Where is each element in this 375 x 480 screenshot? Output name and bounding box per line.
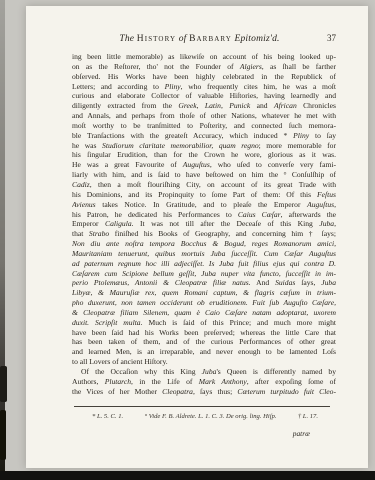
catchword: patræ: [72, 429, 310, 438]
page-number: 37: [327, 33, 336, 43]
text-line: ad paternum regnum hoc illi adjeciſſet. …: [72, 259, 336, 269]
text-run: finiſhed his Books of Geography, and con…: [109, 229, 336, 238]
text-run: ; more memorable for: [259, 141, 336, 150]
paragraph: ing been little memorable) as likewiſe o…: [72, 52, 336, 367]
text-line: He was a great Favourite of Auguſtus, wh…: [72, 160, 336, 170]
text-run: his ſingular Erudition, than for the Cro…: [72, 150, 336, 159]
book-page: The History of Barbary Epitomiz'd. 37 in…: [26, 6, 368, 468]
text-line: diligently extracted from the Greek, Lat…: [72, 101, 336, 111]
text-line: Libyæ, & Mauruſiæ rex, quem Romani captu…: [72, 288, 336, 298]
text-run: , who frequently cites him, he was a moſ…: [181, 82, 336, 91]
text-run: his Dominions, and its Propinquity to ſo…: [72, 190, 317, 199]
text-run: perio Ptolemæus, Antonii & Cleopatræ fil…: [72, 278, 251, 287]
text-run: and: [250, 101, 274, 110]
text-line: Authors, Plutarch, in the Life of Mark A…: [72, 377, 336, 387]
text-line: ble Tranſactions with the greateſt Accur…: [72, 131, 336, 141]
text-run: Juba: [202, 367, 217, 376]
text-run: the Vices of her Mother: [72, 387, 162, 396]
text-run: ble Tranſactions with the greateſt Accur…: [72, 131, 293, 140]
text-run: has been taken of them, and of the curio…: [72, 337, 336, 346]
text-run: Strabo: [89, 229, 109, 238]
text-run: Pliny: [293, 131, 309, 140]
text-run: Caius Cæſar: [238, 210, 281, 219]
text-run: Cadiz: [72, 180, 90, 189]
footnote-rule: [74, 406, 330, 407]
text-run: liarly with him, and is ſaid to have beſ…: [72, 170, 336, 179]
text-run: Suidas: [275, 278, 295, 287]
text-line: Non diu ante noſtra tempora Bocchus & Bo…: [72, 239, 336, 249]
text-run: Studiorum claritate memorabilior, quam r…: [102, 141, 259, 150]
text-run: Chronicles: [297, 101, 336, 110]
text-line: & Cleopatræ filiam Silenem, quam è Caio …: [72, 308, 336, 318]
text-run: The: [119, 34, 136, 44]
text-line: pho duxerunt, non tamen occiderunt ob er…: [72, 298, 336, 308]
text-run: Of the Occaſion why this King: [81, 367, 202, 376]
text-run: ing been little memorable) as likewiſe o…: [72, 52, 336, 61]
text-run: Much is ſaid of this Prince; and much mo…: [143, 318, 336, 327]
text-run: , as ſhall be farther: [262, 62, 336, 71]
text-run: duxit. Scripſit multa.: [72, 318, 143, 327]
text-line: perio Ptolemæus, Antonii & Cleopatræ fil…: [72, 278, 336, 288]
text-line: Cadiz, then a moſt flouriſhing City, on …: [72, 180, 336, 190]
text-run: Letters; and according to: [72, 82, 165, 91]
text-run: African: [274, 101, 297, 110]
text-run: And: [251, 278, 275, 287]
text-run: to all Lovers of ancient Hiſtory.: [72, 357, 168, 366]
scan-artifact: [0, 410, 6, 460]
text-run: and learned Men, is an irreparable, and …: [72, 347, 336, 356]
text-run: Cæterum turpitudo fuit Cleo-: [237, 387, 336, 396]
text-run: Avienus: [72, 200, 96, 209]
text-run: Cæſarem cum Scipione bellum geſſit, Juba…: [72, 269, 336, 278]
text-run: , after expoſing ſome of: [247, 377, 336, 386]
text-run: Emperor: [72, 219, 105, 228]
footnote-item: ° Vide F. B. Aldrete. L. 1. C. 3. De ori…: [144, 413, 276, 420]
text-run: diligently extracted from the: [72, 101, 178, 110]
text-line: Mauritaniam tenuerunt, quibus mortuis Ju…: [72, 249, 336, 259]
footnotes: * L. 5. C. 1.° Vide F. B. Aldrete. L. 1.…: [92, 413, 318, 420]
text-run: obſerved. His Works have been highly cel…: [72, 72, 336, 81]
text-line: on as the Reſtorer, tho' not the Founder…: [72, 62, 336, 72]
text-run: Pliny: [165, 82, 181, 91]
text-run: ſays,: [295, 278, 321, 287]
text-run: moſt worthy to be tranſmitted to Poſteri…: [72, 121, 336, 130]
text-run: Auguſtus: [183, 160, 210, 169]
scan-artifact: [0, 366, 7, 402]
text-line: Cæſarem cum Scipione bellum geſſit, Juba…: [72, 269, 336, 279]
text-run: of: [176, 34, 189, 44]
text-line: has been taken of them, and of the curio…: [72, 337, 336, 347]
text-line: his ſingular Erudition, than for the Cro…: [72, 150, 336, 160]
footnote-item: * L. 5. C. 1.: [92, 413, 123, 420]
text-line: the Vices of her Mother Cleopatra, ſays …: [72, 387, 336, 397]
text-run: . It was not till after the Deceaſe of t…: [132, 219, 320, 228]
text-line: to all Lovers of ancient Hiſtory.: [72, 357, 336, 367]
text-run: History: [137, 34, 176, 44]
header-title: The History of Barbary Epitomiz'd.: [72, 34, 327, 44]
scanned-page-background: The History of Barbary Epitomiz'd. 37 in…: [0, 0, 375, 480]
text-line: curious and elaborate Collector of valua…: [72, 91, 336, 101]
footnote-item: † L. 17.: [298, 413, 318, 420]
text-run: have been ſaid had his Works been preſer…: [72, 328, 336, 337]
text-run: 's Queen is differently named by: [216, 367, 336, 376]
text-run: , afterwards the: [281, 210, 336, 219]
text-run: on as the Reſtorer, tho' not the Founder…: [72, 62, 240, 71]
text-line: Letters; and according to Pliny, who fre…: [72, 82, 336, 92]
text-line: he was Studiorum claritate memorabilior,…: [72, 141, 336, 151]
paragraph: Of the Occaſion why this King Juba's Que…: [72, 367, 336, 397]
text-run: ad paternum regnum hoc illi adjeciſſet. …: [72, 259, 336, 268]
text-run: Cleopatra: [162, 387, 193, 396]
text-run: his Patron, he dedicated his Performance…: [72, 210, 238, 219]
binding-edge-shadow: [0, 0, 5, 480]
text-run: Caligula: [105, 219, 132, 228]
text-run: , who uſed to converſe very fami-: [210, 160, 336, 169]
text-run: takes Notice. In Gratitude, and to pleaſ…: [96, 200, 307, 209]
text-run: Libyæ, & Mauruſiæ rex, quem Romani captu…: [72, 288, 336, 297]
text-run: he was: [72, 141, 102, 150]
text-run: Greek: [178, 101, 196, 110]
text-line: and Annals, and perhaps from thoſe of ot…: [72, 111, 336, 121]
text-line: duxit. Scripſit multa. Much is ſaid of t…: [72, 318, 336, 328]
text-run: Barbary: [189, 34, 232, 44]
text-run: He was a great Favourite of: [72, 160, 183, 169]
text-run: that: [72, 229, 89, 238]
text-line: obſerved. His Works have been highly cel…: [72, 72, 336, 82]
text-run: , then a moſt flouriſhing City, on accou…: [90, 180, 336, 189]
text-run: ,: [197, 101, 205, 110]
text-line: liarly with him, and is ſaid to have beſ…: [72, 170, 336, 180]
text-line: Emperor Caligula. It was not till after …: [72, 219, 336, 229]
body-text: ing been little memorable) as likewiſe o…: [72, 52, 336, 397]
text-line: have been ſaid had his Works been preſer…: [72, 328, 336, 338]
text-run: Latin: [205, 101, 221, 110]
bottom-scan-edge: [0, 471, 375, 480]
running-header: The History of Barbary Epitomiz'd. 37: [72, 33, 336, 44]
text-line: Avienus takes Notice. In Gratitude, and …: [72, 200, 336, 210]
text-run: Algiers: [240, 62, 262, 71]
text-run: Mauritaniam tenuerunt, quibus mortuis Ju…: [72, 249, 336, 258]
text-run: Plutarch: [105, 377, 131, 386]
text-run: curious and elaborate Collector of valua…: [72, 91, 336, 100]
text-line: his Patron, he dedicated his Performance…: [72, 210, 336, 220]
text-line: Of the Occaſion why this King Juba's Que…: [72, 367, 336, 377]
text-run: Juba: [321, 278, 336, 287]
text-run: Feſtus: [317, 190, 336, 199]
text-run: pho duxerunt, non tamen occiderunt ob er…: [72, 298, 336, 307]
text-run: Mark Anthony: [199, 377, 247, 386]
text-line: moſt worthy to be tranſmitted to Poſteri…: [72, 121, 336, 131]
text-run: Auguſtus: [307, 200, 334, 209]
text-run: ,: [334, 219, 336, 228]
text-run: , ſays thus;: [193, 387, 237, 396]
text-run: and Annals, and perhaps from thoſe of ot…: [72, 111, 336, 120]
text-run: to ſay: [309, 131, 336, 140]
text-run: , in the Life of: [131, 377, 199, 386]
text-run: ,: [334, 200, 336, 209]
text-run: ,: [221, 101, 229, 110]
text-run: Juba: [319, 219, 334, 228]
text-line: his Dominions, and its Propinquity to ſo…: [72, 190, 336, 200]
text-line: that Strabo finiſhed his Books of Geogra…: [72, 229, 336, 239]
text-run: Epitomiz'd.: [232, 34, 280, 44]
text-run: Non diu ante noſtra tempora Bocchus & Bo…: [72, 239, 336, 248]
text-line: and learned Men, is an irreparable, and …: [72, 347, 336, 357]
text-run: Punick: [229, 101, 250, 110]
text-run: Authors,: [72, 377, 105, 386]
text-run: & Cleopatræ filiam Silenem, quam è Caio …: [72, 308, 336, 317]
text-line: ing been little memorable) as likewiſe o…: [72, 52, 336, 62]
